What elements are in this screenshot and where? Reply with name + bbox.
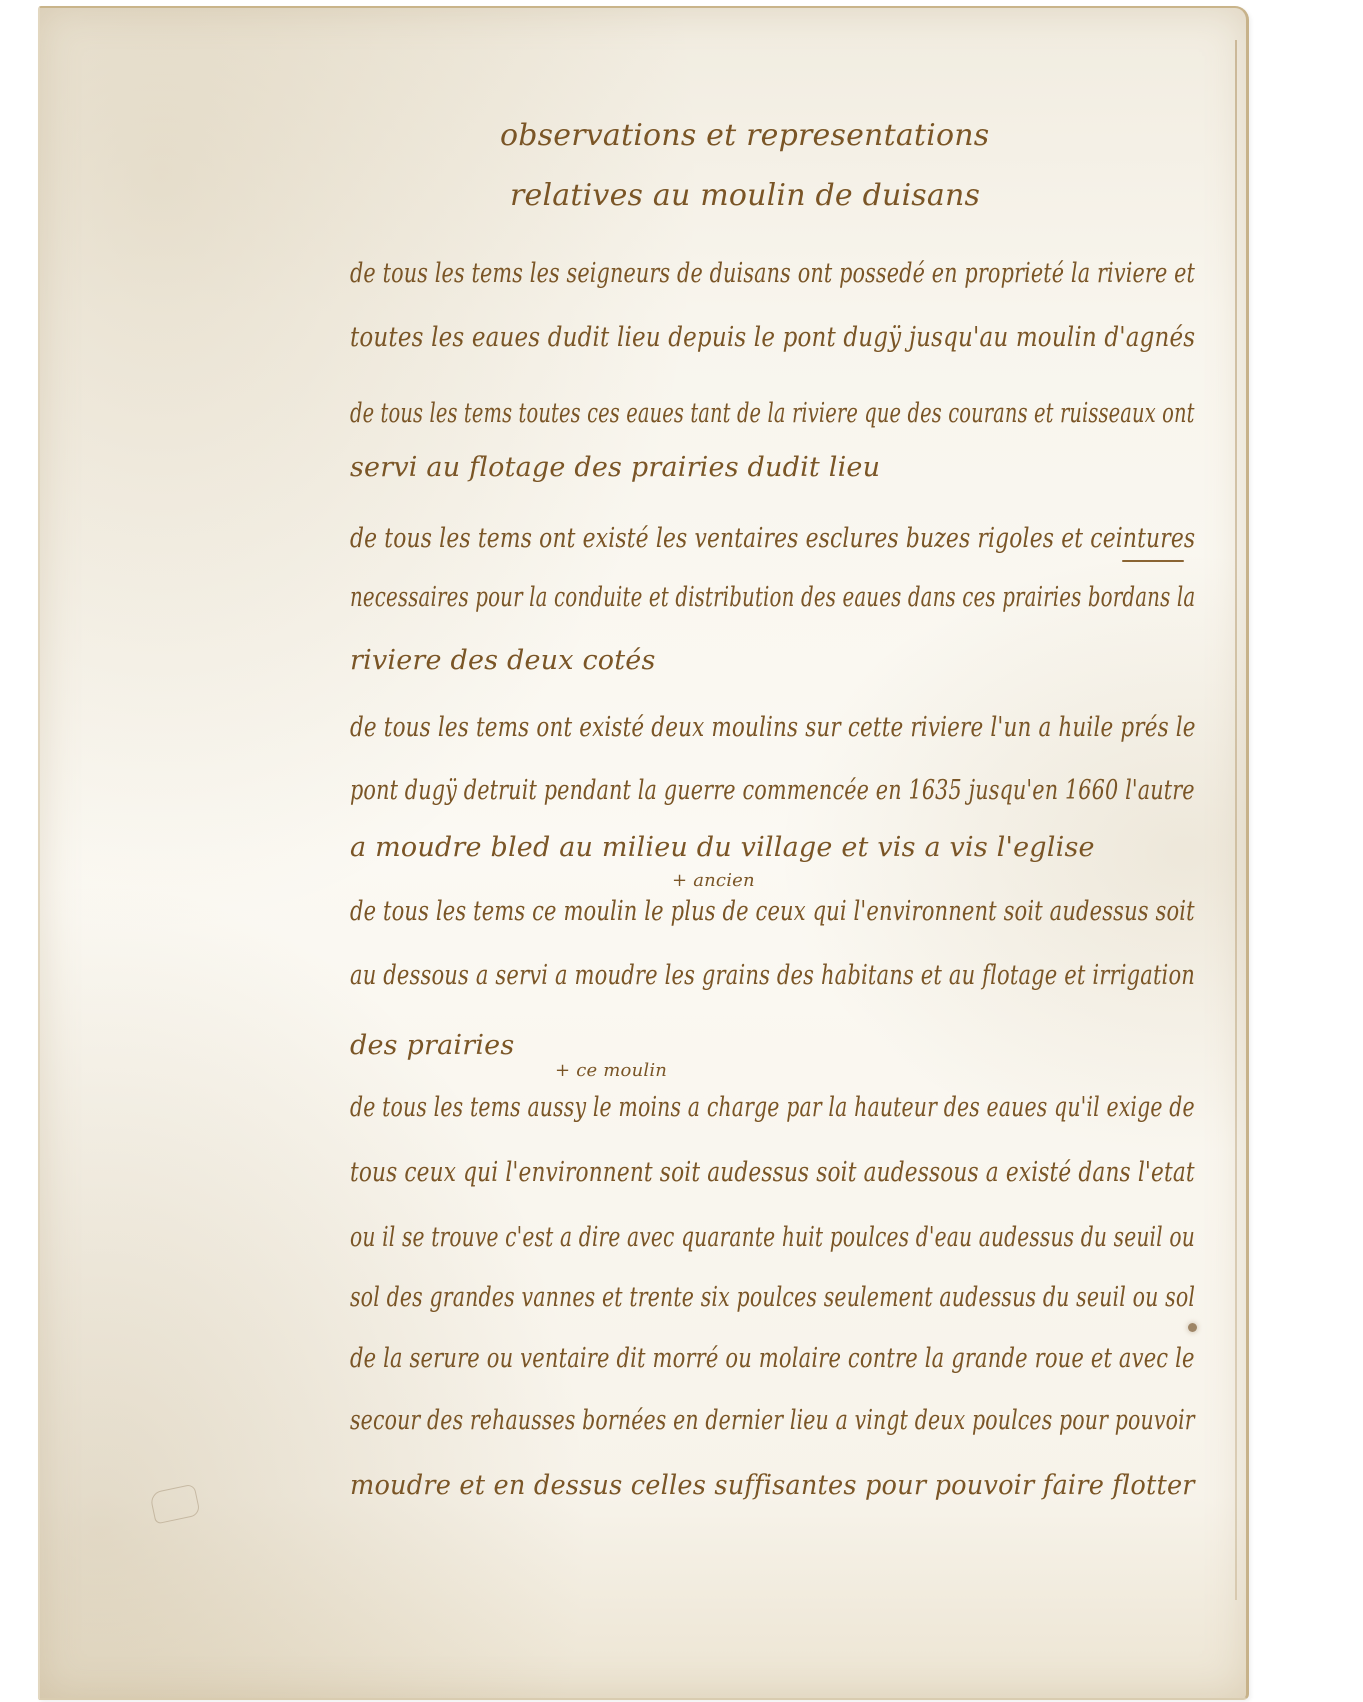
- text-line: de tous les tems ont existé deux moulins…: [350, 712, 1196, 743]
- text-line: au dessous a servi a moudre les grains d…: [350, 960, 1195, 991]
- ink-stain: [1188, 1323, 1197, 1332]
- text-line: moudre et en dessus celles suffisantes p…: [350, 1470, 1195, 1501]
- interlinear-insertion: + ce moulin: [555, 1060, 667, 1081]
- text-line: de tous les tems ont existé les ventaire…: [350, 523, 1195, 554]
- text-line: pont dugÿ detruit pendant la guerre comm…: [350, 775, 1195, 806]
- text-line: sol des grandes vannes et trente six pou…: [350, 1282, 1195, 1313]
- text-line: secour des rehausses bornées en dernier …: [350, 1405, 1195, 1436]
- text-line: de la serure ou ventaire dit morré ou mo…: [350, 1343, 1195, 1374]
- text-line: toutes les eaues dudit lieu depuis le po…: [350, 322, 1195, 353]
- text-line: de tous les tems aussy le moins a charge…: [350, 1092, 1195, 1123]
- text-line: de tous les tems les seigneurs de duisan…: [350, 258, 1195, 289]
- text-line: tous ceux qui l'environnent soit audessu…: [350, 1157, 1195, 1188]
- text-line: necessaires pour la conduite et distribu…: [350, 582, 1195, 613]
- text-line: de tous les tems toutes ces eaues tant d…: [350, 398, 1195, 429]
- text-line: riviere des deux cotés: [350, 645, 656, 676]
- text-line: de tous les tems ce moulin le plus de ce…: [350, 896, 1195, 927]
- text-line: des prairies: [350, 1030, 514, 1061]
- page-edge-crease: [1235, 40, 1237, 1600]
- title-line-2: relatives au moulin de duisans: [510, 178, 980, 213]
- text-line: a moudre bled au milieu du village et vi…: [350, 832, 1095, 863]
- text-line: servi au flotage des prairies dudit lieu: [350, 452, 880, 483]
- interlinear-insertion: + ancien: [672, 870, 755, 891]
- text-line: ou il se trouve c'est a dire avec quaran…: [350, 1222, 1195, 1253]
- line-filler-dash: [1122, 560, 1184, 562]
- title-line-1: observations et representations: [500, 118, 989, 153]
